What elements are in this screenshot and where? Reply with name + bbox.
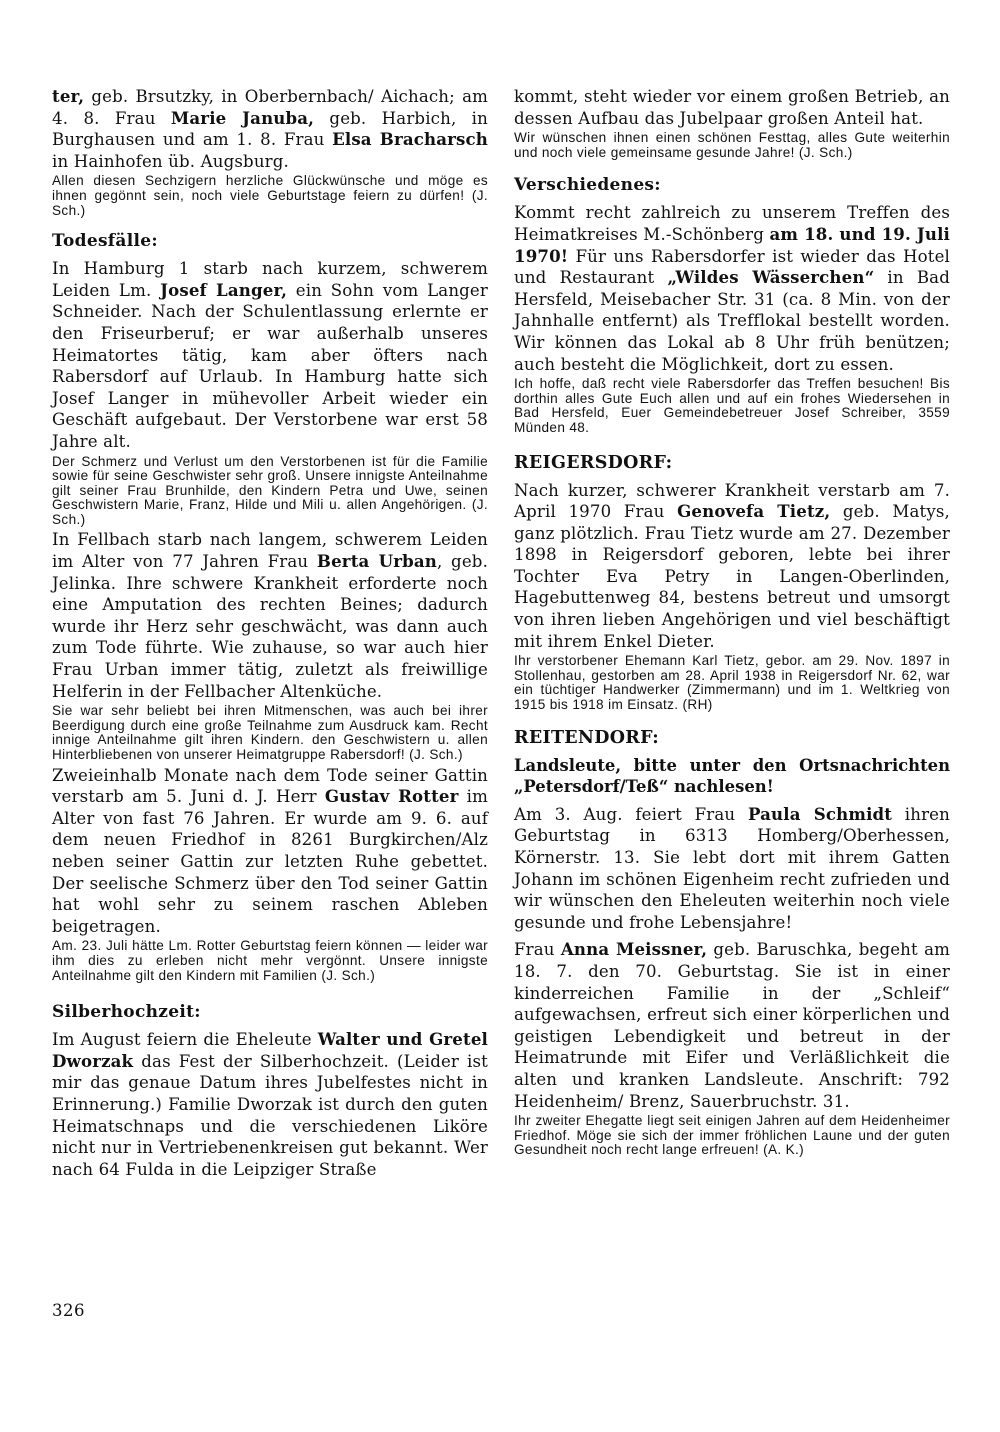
continued-note: Wir wünschen ihnen einen schönen Festtag… [514, 131, 950, 160]
name-bold: ter, [52, 86, 84, 106]
section-heading-silberhochzeit: Silberhochzeit: [52, 1001, 488, 1023]
obituary-rotter-note: Am. 23. Juli hätte Lm. Rotter Geburtstag… [52, 939, 488, 983]
name-bold: Berta Urban [317, 551, 437, 571]
text: geb. Matys, ganz plötzlich. Frau Tietz w… [514, 502, 950, 651]
text: geb. Baruschka, begeht am 18. 7. den 70.… [514, 940, 950, 1110]
name-bold: Genovefa Tietz, [677, 501, 830, 521]
right-column: kommt, steht wieder vor einem großen Bet… [514, 86, 950, 1158]
obituary-rotter: Zweieinhalb Monate nach dem Tode seiner … [52, 765, 488, 938]
obituary-urban-note: Sie war sehr beliebt bei ihren Mitmensch… [52, 704, 488, 762]
obituary-langer-note: Der Schmerz und Verlust um den Verstorbe… [52, 455, 488, 528]
intro-paragraph: ter, geb. Brsutzky, in Oberbernbach/ Aic… [52, 86, 488, 172]
birthday-meissner-note: Ihr zweiter Ehegatte liegt seit einigen … [514, 1114, 950, 1158]
text: in Hainhofen üb. Augsburg. [52, 152, 289, 171]
venue-bold: „Wildes Wässerchen“ [667, 267, 874, 287]
name-bold: Paula Schmidt [748, 804, 892, 824]
text: , geb. Jelinka. Ihre schwere Krankheit e… [52, 552, 488, 701]
treffen-note: Ich hoffe, daß recht viele Rabersdorfer … [514, 377, 950, 435]
obituary-tietz-note: Ihr verstorbener Ehemann Karl Tietz, geb… [514, 654, 950, 712]
treffen-paragraph: Kommt recht zahlreich zu unserem Treffen… [514, 202, 950, 375]
page-number: 326 [52, 1301, 85, 1320]
section-heading-verschiedenes: Verschiedenes: [514, 174, 950, 196]
birthday-meissner: Frau Anna Meissner, geb. Baruschka, bege… [514, 939, 950, 1112]
name-bold: Gustav Rotter [325, 786, 459, 806]
silberhochzeit-paragraph: Im August feiern die Eheleute Walter und… [52, 1029, 488, 1180]
text: Am 3. Aug. feiert Frau [514, 805, 748, 824]
text: im Alter von fast 76 Jahren. Er wurde am… [52, 787, 488, 936]
intro-note: Allen diesen Sechzigern herzliche Glückw… [52, 174, 488, 218]
reitendorf-subheading: Landsleute, bitte unter den Ortsnachrich… [514, 755, 950, 798]
name-bold: Anna Meissner, [561, 939, 707, 959]
name-bold: Josef Langer, [160, 280, 287, 300]
text: Im August feiern die Eheleute [52, 1030, 318, 1049]
text: ein Sohn vom Langer Schneider. Nach der … [52, 281, 488, 451]
section-heading-reitendorf: REITENDORF: [514, 727, 950, 749]
birthday-schmidt: Am 3. Aug. feiert Frau Paula Schmidt ihr… [514, 804, 950, 934]
name-bold: Marie Januba, [171, 108, 314, 128]
obituary-tietz: Nach kurzer, schwerer Krankheit verstarb… [514, 480, 950, 653]
obituary-langer: In Hamburg 1 starb nach kurzem, schwerem… [52, 258, 488, 452]
continued-paragraph: kommt, steht wieder vor einem großen Bet… [514, 86, 950, 129]
name-bold: Elsa Bracharsch [332, 129, 488, 149]
left-column: ter, geb. Brsutzky, in Oberbernbach/ Aic… [52, 86, 488, 1180]
obituary-urban: In Fellbach starb nach langem, schwerem … [52, 529, 488, 702]
section-heading-todesfaelle: Todesfälle: [52, 230, 488, 252]
section-heading-reigersdorf: REIGERSDORF: [514, 452, 950, 474]
text: Frau [514, 940, 561, 959]
